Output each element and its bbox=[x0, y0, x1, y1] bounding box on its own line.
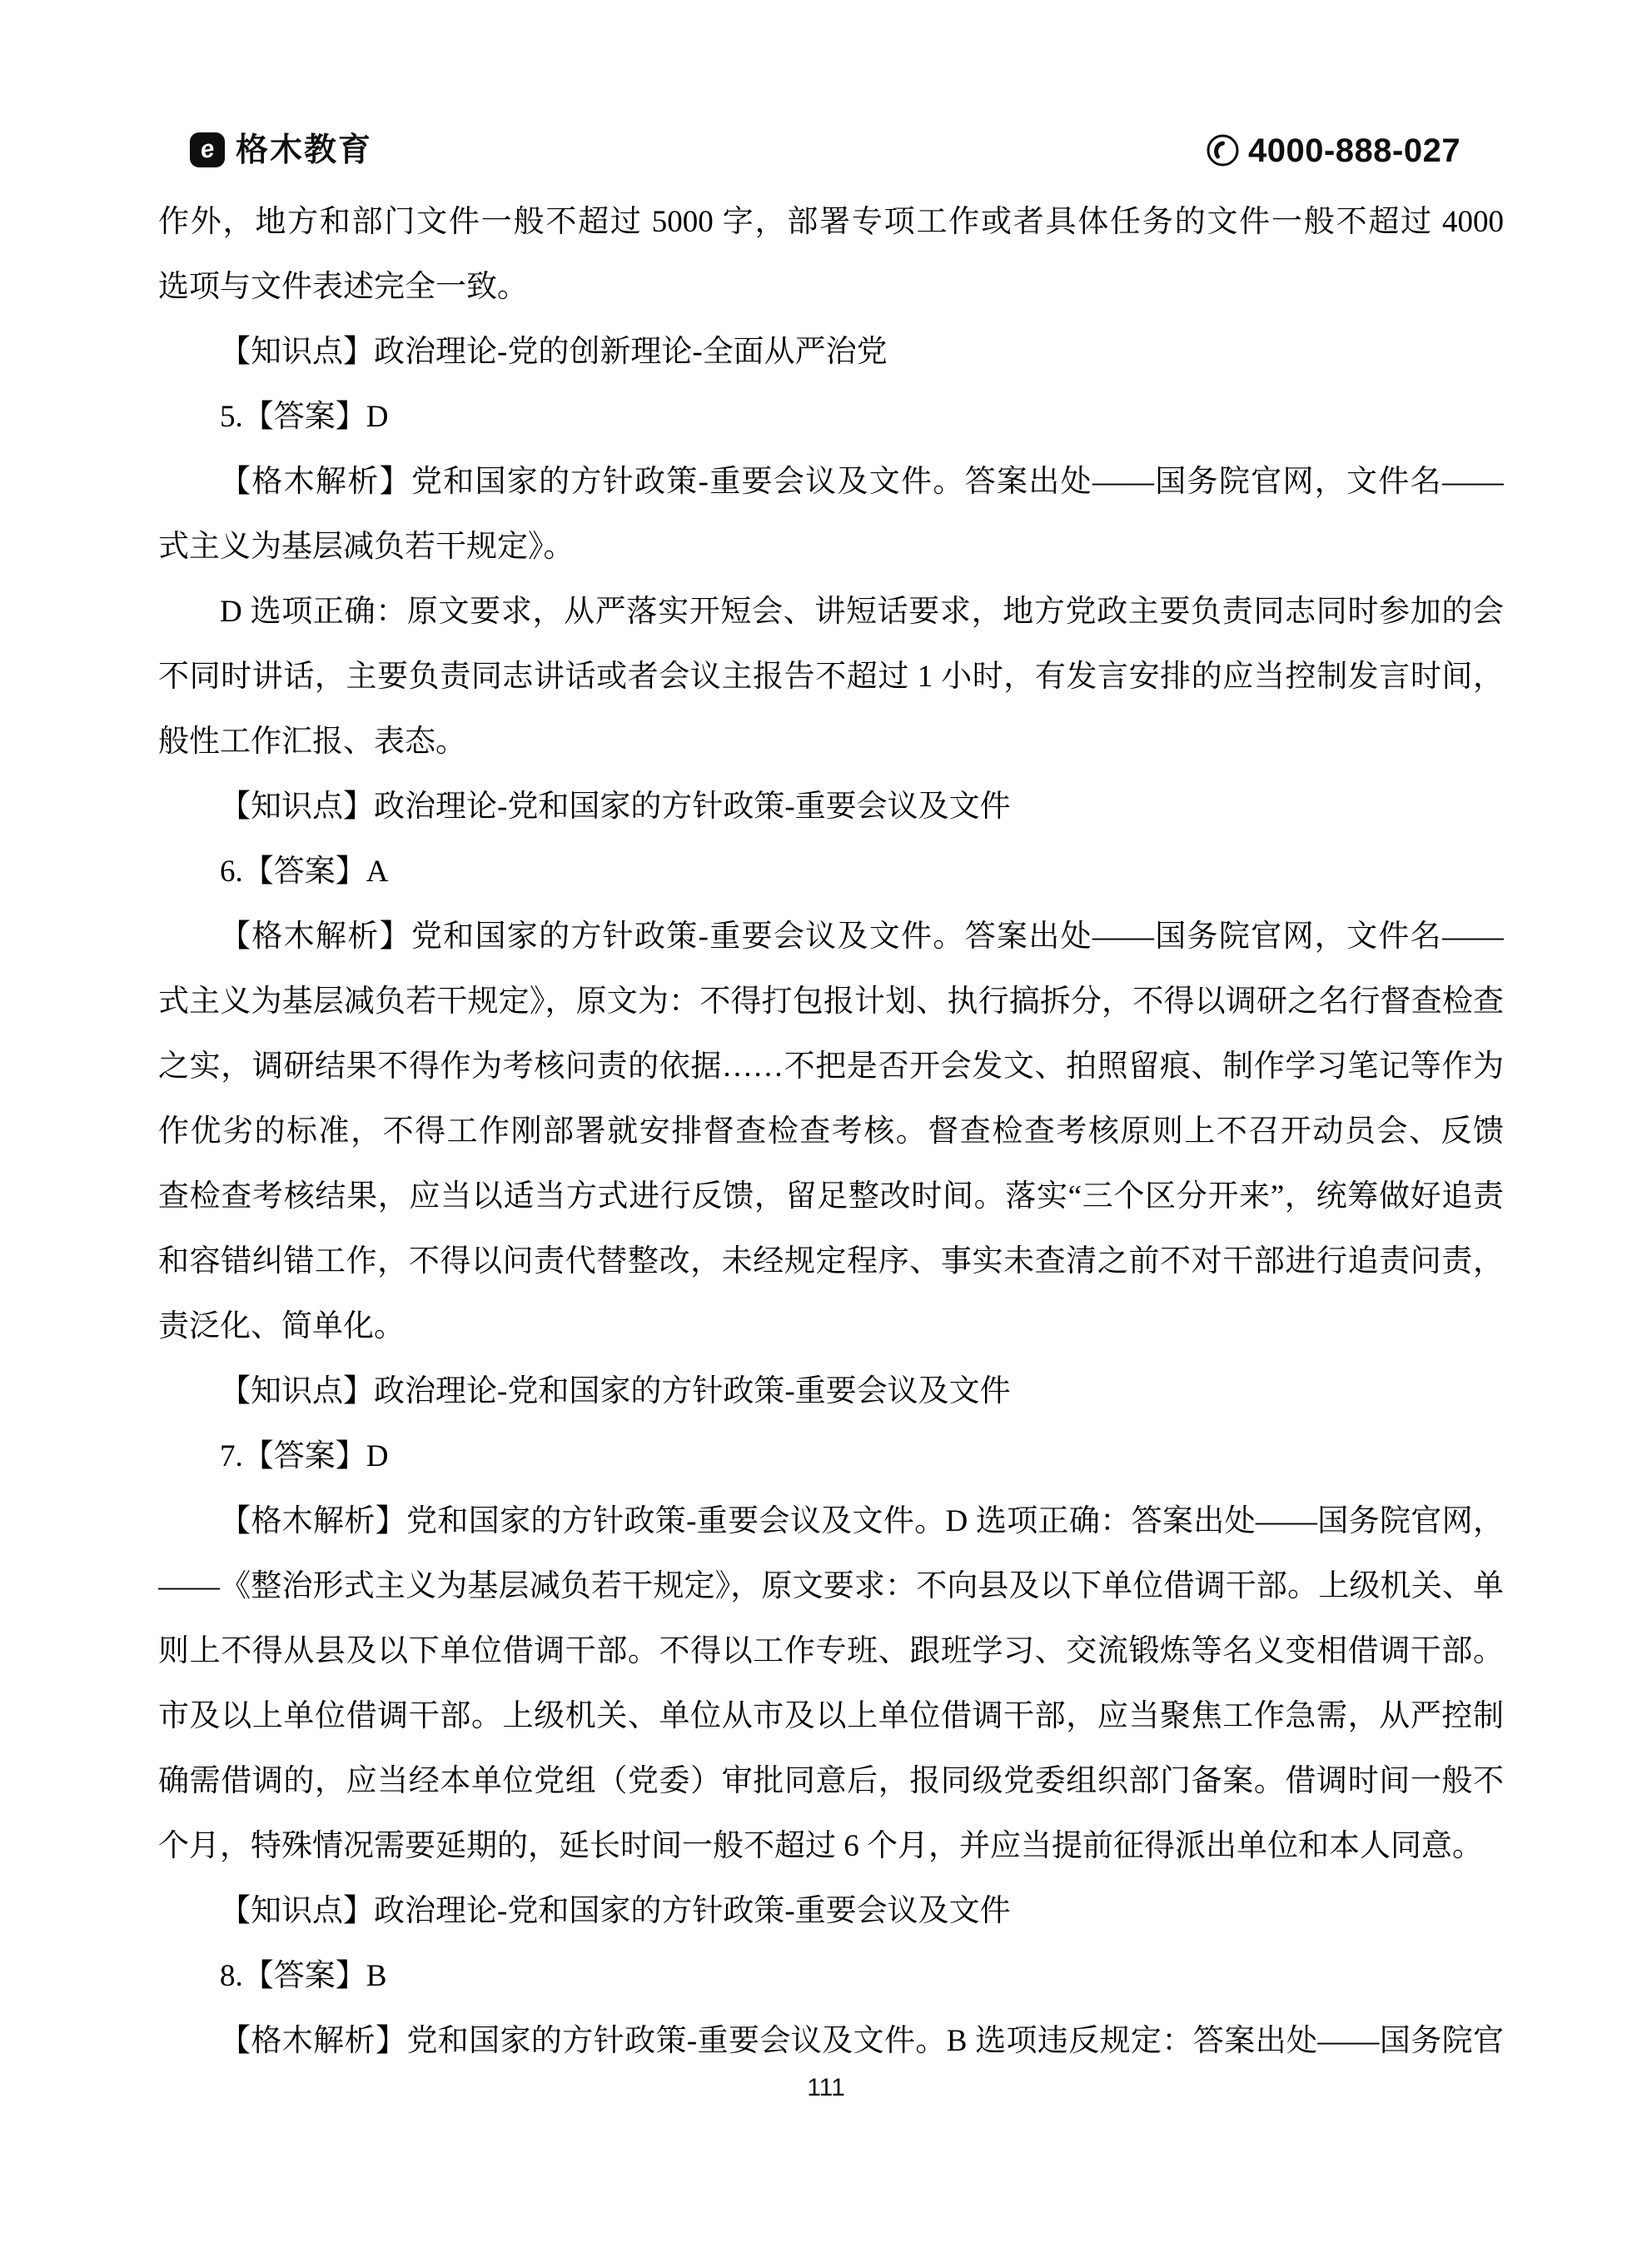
brand-name: 格木教育 bbox=[236, 134, 372, 167]
text-line: 5.【答案】D bbox=[158, 385, 1504, 450]
text-line: 则上不得从县及以下单位借调干部。不得以工作专班、跟班学习、交流锻炼等名义变相借调… bbox=[158, 1619, 1504, 1684]
text-line: 【格木解析】党和国家的方针政策-重要会议及文件。D 选项正确：答案出处——国务院… bbox=[158, 1489, 1504, 1554]
text-line: 7.【答案】D bbox=[158, 1424, 1504, 1489]
text-line: ——《整治形式主义为基层减负若干规定》，原文要求：不向县及以下单位借调干部。上级… bbox=[158, 1554, 1504, 1619]
text-line: 6.【答案】A bbox=[158, 840, 1504, 905]
text-line: 之实，调研结果不得作为考核问责的依据……不把是否开会发文、拍照留痕、制作学习笔记… bbox=[158, 1034, 1504, 1099]
text-line: 查检查考核结果，应当以适当方式进行反馈，留足整改时间。落实“三个区分开来”，统筹… bbox=[158, 1164, 1504, 1229]
text-line: 和容错纠错工作，不得以问责代替整改，未经规定程序、事实未查清之前不对干部进行追责… bbox=[158, 1229, 1504, 1294]
page-number: 111 bbox=[0, 2074, 1652, 2102]
text-line: 【格木解析】党和国家的方针政策-重要会议及文件。答案出处——国务院官网，文件名—… bbox=[158, 450, 1504, 515]
text-line: 不同时讲话，主要负责同志讲话或者会议主报告不超过 1 小时，有发言安排的应当控制… bbox=[158, 645, 1504, 710]
text-line: 【知识点】政治理论-党的创新理论-全面从严治党 bbox=[158, 320, 1504, 385]
text-line: 【知识点】政治理论-党和国家的方针政策-重要会议及文件 bbox=[158, 1879, 1504, 1944]
text-line: 般性工作汇报、表态。 bbox=[158, 710, 1504, 775]
text-line: 【知识点】政治理论-党和国家的方针政策-重要会议及文件 bbox=[158, 1359, 1504, 1424]
phone-icon bbox=[1206, 133, 1240, 167]
text-line: 式主义为基层减负若干规定》。 bbox=[158, 515, 1504, 580]
phone-number: 4000-888-027 bbox=[1248, 134, 1460, 167]
text-line: 【格木解析】党和国家的方针政策-重要会议及文件。B 选项违反规定：答案出处——国… bbox=[158, 2009, 1504, 2074]
text-line: 责泛化、简单化。 bbox=[158, 1294, 1504, 1359]
text-line: 个月，特殊情况需要延期的，延长时间一般不超过 6 个月，并应当提前征得派出单位和… bbox=[158, 1814, 1504, 1879]
document-lines: 作外，地方和部门文件一般不超过 5000 字，部署专项工作或者具体任务的文件一般… bbox=[158, 190, 1504, 2074]
text-line: D 选项正确：原文要求，从严落实开短会、讲短话要求，地方党政主要负责同志同时参加… bbox=[158, 580, 1504, 645]
text-line: 选项与文件表述完全一致。 bbox=[158, 255, 1504, 320]
text-line: 式主义为基层减负若干规定》，原文为：不得打包报计划、执行搞拆分，不得以调研之名行… bbox=[158, 969, 1504, 1034]
text-line: 确需借调的，应当经本单位党组（党委）审批同意后，报同级党委组织部门备案。借调时间… bbox=[158, 1749, 1504, 1814]
text-line: 作外，地方和部门文件一般不超过 5000 字，部署专项工作或者具体任务的文件一般… bbox=[158, 190, 1504, 255]
document-page: e 格木教育 4000-888-027 作外，地方和部门文件一般不超过 5000… bbox=[0, 0, 1652, 2243]
text-line: 【知识点】政治理论-党和国家的方针政策-重要会议及文件 bbox=[158, 775, 1504, 840]
header-brand: e 格木教育 bbox=[189, 132, 372, 168]
text-line: 【格木解析】党和国家的方针政策-重要会议及文件。答案出处——国务院官网，文件名—… bbox=[158, 905, 1504, 969]
brand-logo-icon: e bbox=[189, 132, 226, 168]
text-line: 8.【答案】B bbox=[158, 1944, 1504, 2009]
header-hotline: 4000-888-027 bbox=[1206, 133, 1460, 167]
text-line: 市及以上单位借调干部。上级机关、单位从市及以上单位借调干部，应当聚焦工作急需，从… bbox=[158, 1684, 1504, 1749]
text-line: 作优劣的标准，不得工作刚部署就安排督查检查考核。督查检查考核原则上不召开动员会、… bbox=[158, 1099, 1504, 1164]
